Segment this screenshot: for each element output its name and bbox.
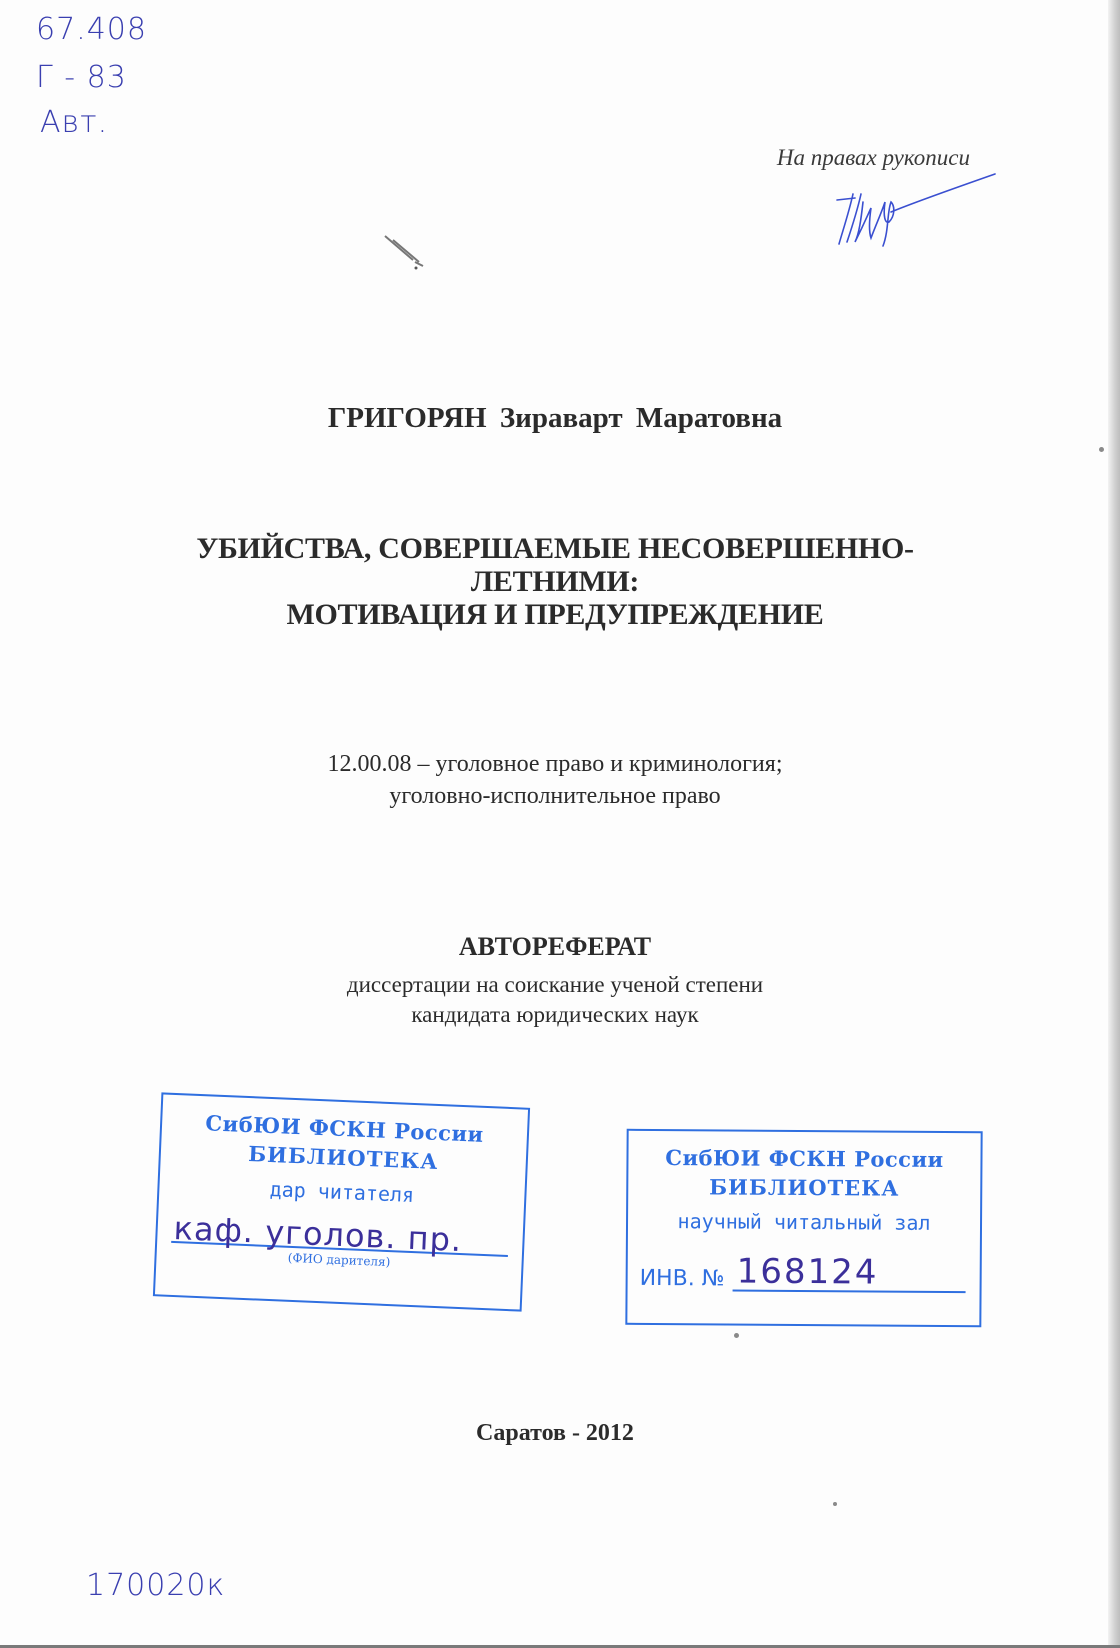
scan-page-edge bbox=[1108, 0, 1120, 1648]
thesis-title: УБИЙСТВА, СОВЕРШАЕМЫЕ НЕСОВЕРШЕННО- ЛЕТН… bbox=[0, 532, 1110, 631]
document-type: АВТОРЕФЕРАТ bbox=[0, 932, 1110, 962]
stamp-library: БИБЛИОТЕКА bbox=[628, 1174, 980, 1201]
stamp-inventory-row: ИНВ. № 168124 bbox=[640, 1249, 966, 1293]
city-year: Саратов - 2012 bbox=[0, 1420, 1110, 1447]
thesis-title-line2: ЛЕТНИМИ: bbox=[0, 565, 1110, 598]
stamp-inventory-number: 168124 bbox=[737, 1252, 879, 1293]
handwritten-call-number-line2: Г - 83 bbox=[36, 60, 127, 95]
handwritten-inventory-number: 170020к bbox=[86, 1568, 225, 1603]
document-description-line1: диссертации на соискание ученой степени bbox=[0, 970, 1110, 1000]
specialty-line1: 12.00.08 – уголовное право и криминологи… bbox=[0, 748, 1110, 780]
author-name: ГРИГОРЯН Зиравaрт Маратовна bbox=[0, 402, 1110, 435]
scan-speck bbox=[833, 1502, 837, 1506]
stamp-subtitle: научный читальный зал bbox=[628, 1209, 980, 1235]
document-description: диссертации на соискание ученой степени … bbox=[0, 970, 1110, 1030]
document-description-line2: кандидата юридических наук bbox=[0, 1000, 1110, 1030]
scan-speck bbox=[734, 1333, 739, 1338]
scan-speck bbox=[1099, 447, 1104, 452]
scan-smudge-mark bbox=[383, 232, 433, 272]
signature-icon bbox=[825, 172, 1000, 247]
stamp-organization: СибЮИ ФСКН России bbox=[628, 1145, 980, 1172]
thesis-title-line1: УБИЙСТВА, СОВЕРШАЕМЫЕ НЕСОВЕРШЕННО- bbox=[0, 532, 1110, 565]
stamp-inventory-field: 168124 bbox=[733, 1250, 966, 1294]
stamp-inventory-label: ИНВ. № bbox=[640, 1266, 725, 1292]
stamp-donor-field: каф. уголов. пр. bbox=[171, 1201, 509, 1257]
specialty-line2: уголовно-исполнительное право bbox=[0, 780, 1110, 812]
thesis-title-line3: МОТИВАЦИЯ И ПРЕДУПРЕЖДЕНИЕ bbox=[0, 598, 1110, 631]
manuscript-rights-note: На правах рукописи bbox=[777, 145, 970, 171]
specialty-code: 12.00.08 – уголовное право и криминологи… bbox=[0, 748, 1110, 812]
library-stamp-gift: СибЮИ ФСКН России БИБЛИОТЕКА дар читател… bbox=[153, 1092, 530, 1311]
library-stamp-reading-room: СибЮИ ФСКН России БИБЛИОТЕКА научный чит… bbox=[625, 1129, 982, 1327]
handwritten-call-number-line3: Авт. bbox=[40, 105, 108, 140]
handwritten-call-number-line1: 67.408 bbox=[36, 12, 147, 47]
